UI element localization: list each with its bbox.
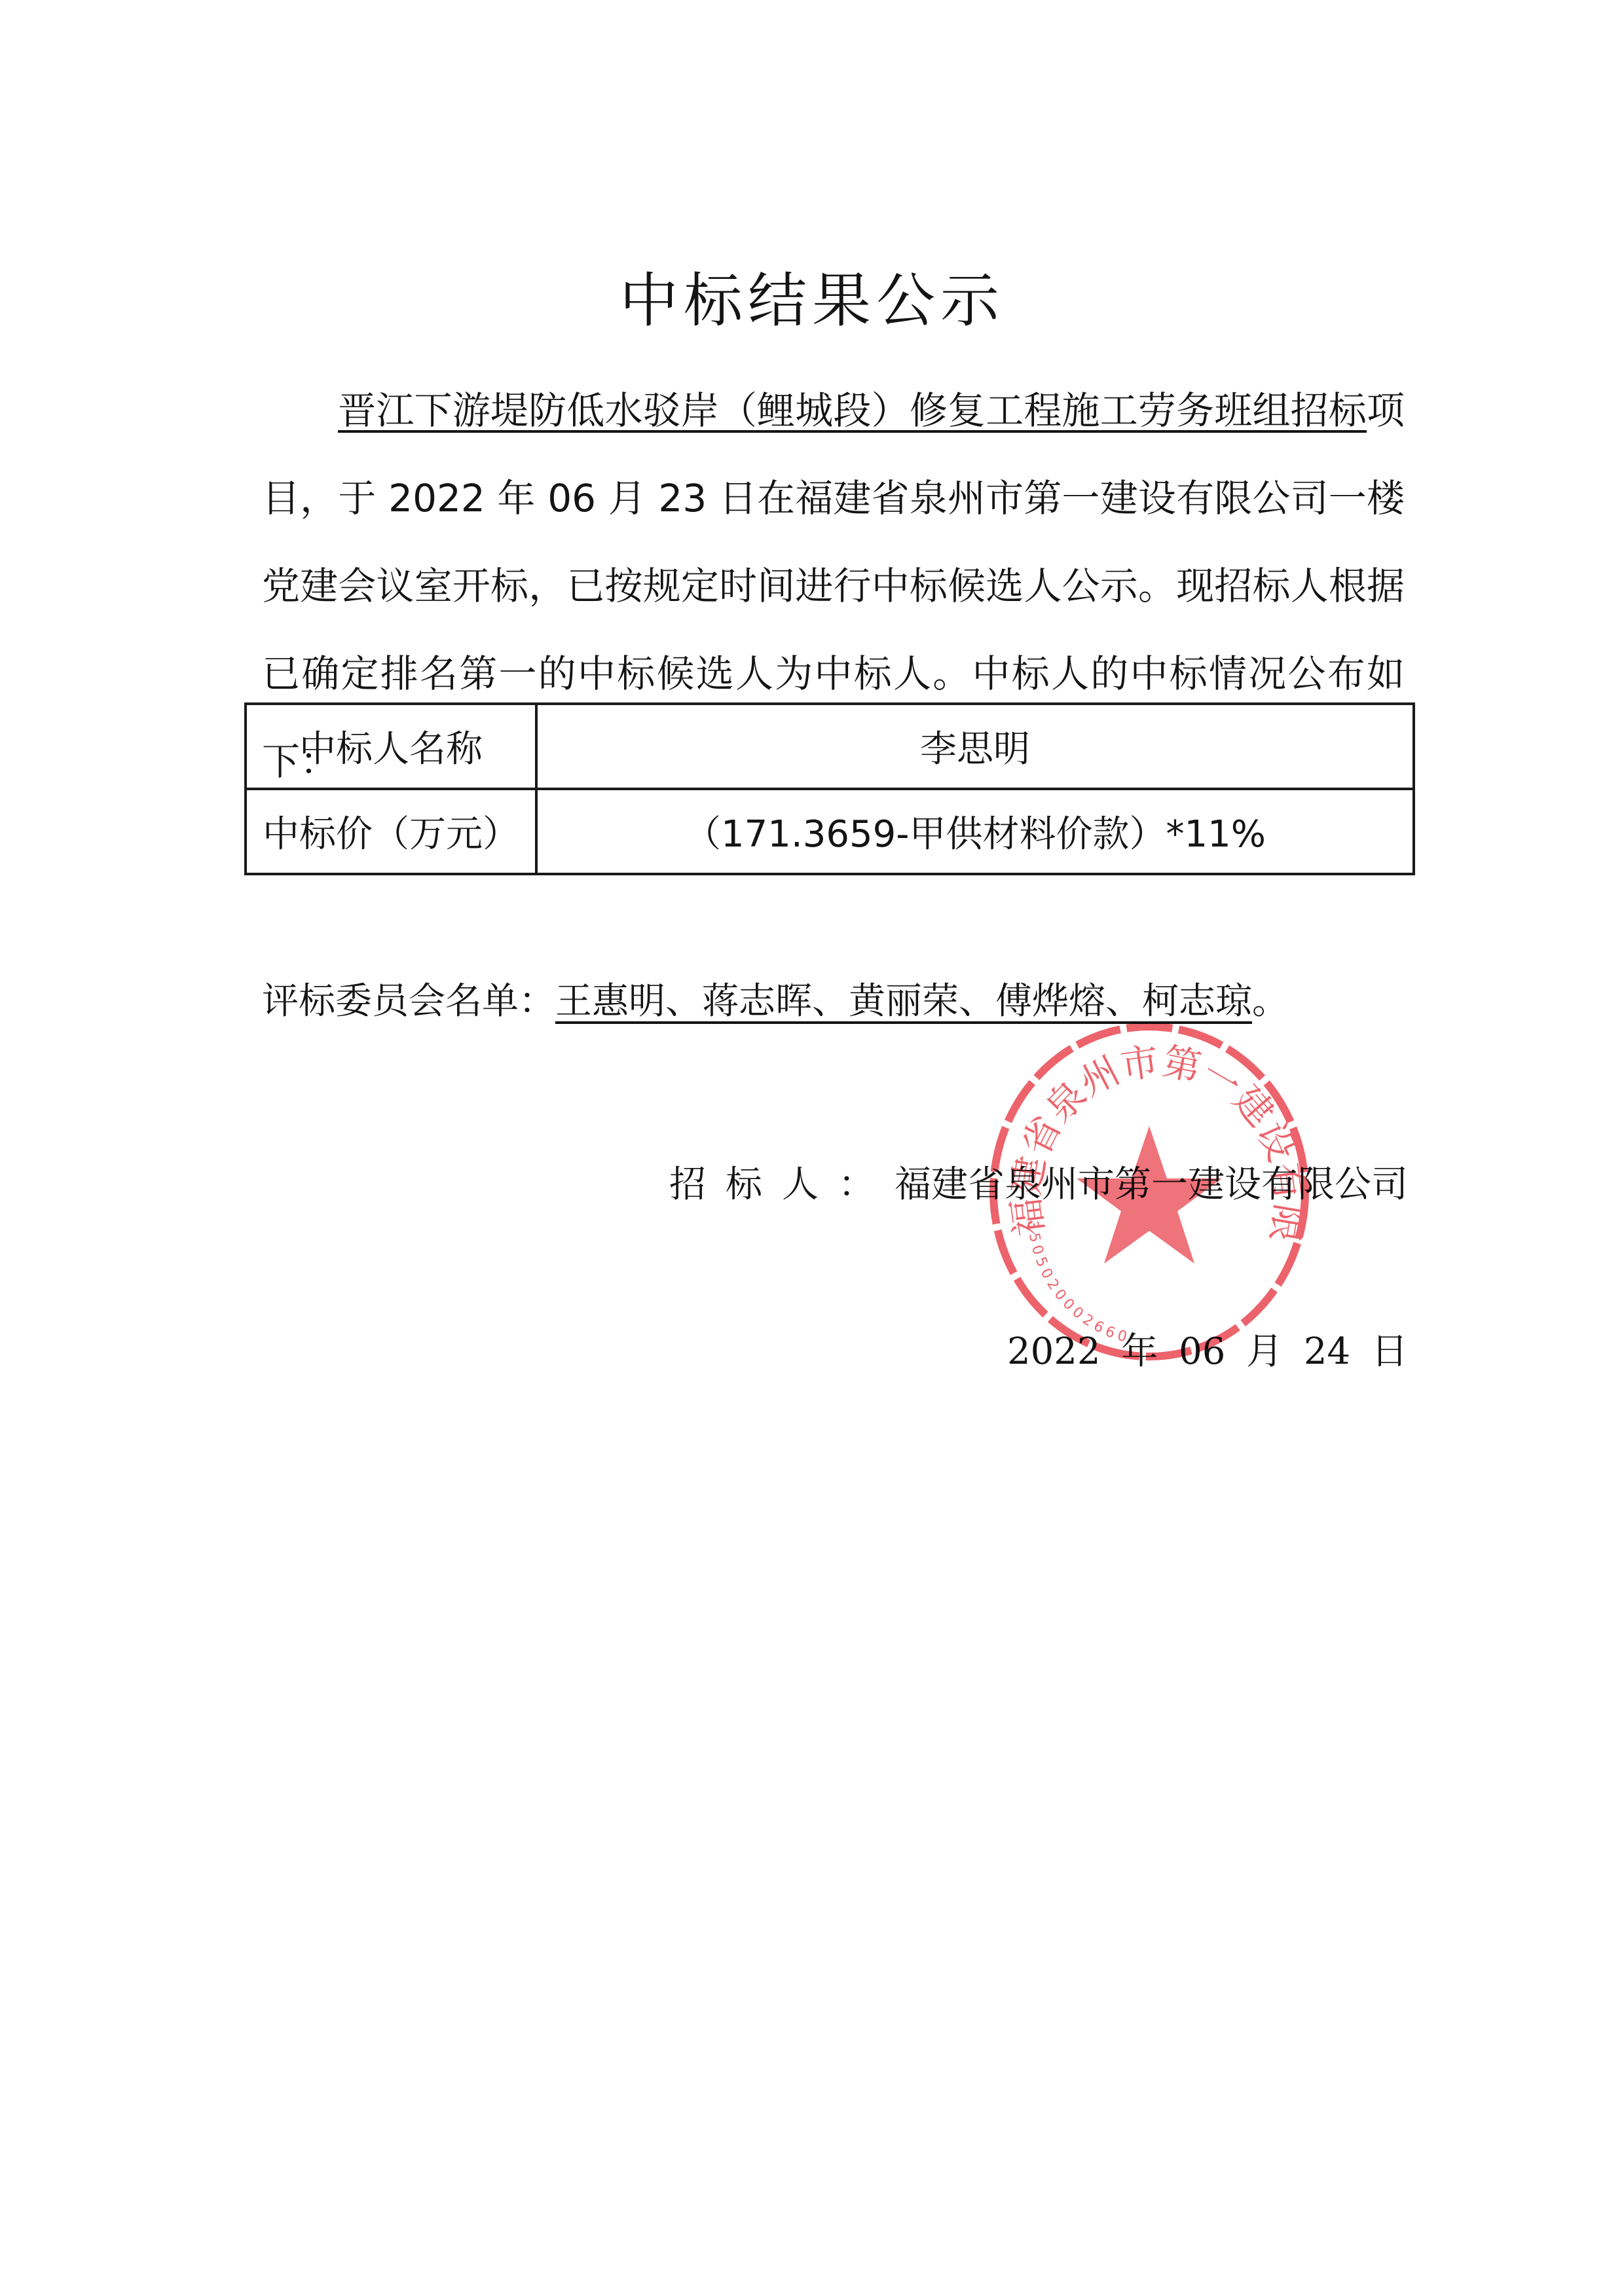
winning-price-value: （171.3659-甲供材料价款）*11% <box>536 789 1414 874</box>
result-table: 中标人名称 李思明 中标价（万元） （171.3659-甲供材料价款）*11% <box>244 702 1415 875</box>
committee-label: 评标委员会名单： <box>262 980 555 1023</box>
tenderer-label: 招标人： <box>669 1163 895 1206</box>
table-row: 中标价（万元） （171.3659-甲供材料价款）*11% <box>246 789 1414 874</box>
star-icon <box>1077 1126 1222 1264</box>
company-seal: 福建省泉州市第一建设有限公司 3505020002660 <box>982 1018 1316 1365</box>
winner-name-label: 中标人名称 <box>246 704 536 789</box>
seal-graphic: 福建省泉州市第一建设有限公司 3505020002660 <box>982 1018 1316 1365</box>
committee-members: 王惠明、蒋志晖、黄丽荣、傅烨熔、柯志琼 <box>555 980 1252 1023</box>
page-title: 中标结果公示 <box>0 262 1624 340</box>
winning-price-label: 中标价（万元） <box>246 789 536 874</box>
winner-name-value: 李思明 <box>536 704 1414 789</box>
project-name: 晋江下游堤防低水驳岸（鲤城段）修复工程施工劳务班组招标 <box>338 388 1367 433</box>
table-row: 中标人名称 李思明 <box>246 704 1414 789</box>
committee-end-punct: 。 <box>1252 980 1289 1023</box>
